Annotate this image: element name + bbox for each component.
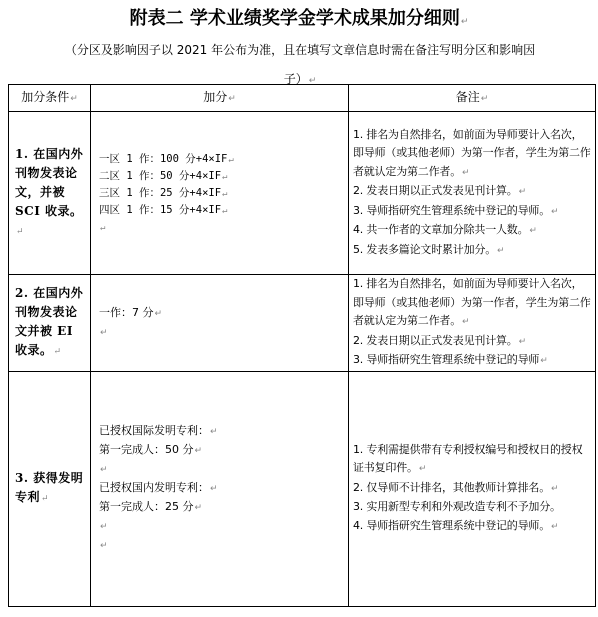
- paragraph-mark-icon: ↵: [41, 494, 49, 504]
- score-line: 第一完成人：50 分: [99, 443, 194, 456]
- bonus-rules-table: 加分条件↵ 加分↵ 备注↵ 1. 在国内外刊物发表论文，并被 SCI 收录。↵ …: [8, 84, 596, 607]
- table-header-row: 加分条件↵ 加分↵ 备注↵: [9, 85, 596, 112]
- note-line: 2. 发表日期以正式发表见刊计算。: [353, 184, 518, 197]
- score-line: 已授权国际发明专利：: [99, 424, 209, 437]
- paragraph-mark-icon: ↵: [54, 347, 62, 357]
- note-line: 5. 发表多篇论文时累计加分。: [353, 243, 496, 256]
- score-line: 已授权国内发明专利：: [99, 481, 209, 494]
- score-cell: 一区 1 作：100 分+4×IF↵ 二区 1 作：50 分+4×IF↵ 三区 …: [91, 112, 349, 275]
- score-line: 一区 1 作：100 分+4×IF: [99, 153, 227, 165]
- score-line: 二区 1 作：50 分+4×IF: [99, 170, 221, 182]
- notes-cell: 1. 专利需提供带有专利授权编号和授权日的授权证书复印件。↵ 2. 仅导师不计排…: [349, 371, 596, 606]
- header-condition: 加分条件↵: [9, 85, 91, 112]
- note-line: 3. 实用新型专利和外观改造专利不予加分。: [353, 500, 561, 513]
- header-score: 加分↵: [91, 85, 349, 112]
- note-line: 3. 导师指研究生管理系统中登记的导师: [353, 353, 539, 366]
- condition-cell: 2. 在国内外刊物发表论文并被 EI 收录。↵: [9, 275, 91, 372]
- table-row: 2. 在国内外刊物发表论文并被 EI 收录。↵ 一作：7 分↵ ↵ 1. 排名为…: [9, 275, 596, 372]
- score-line: 一作：7 分: [99, 306, 154, 319]
- score-line: 三区 1 作：25 分+4×IF: [99, 187, 221, 199]
- score-line: 第一完成人：25 分: [99, 500, 194, 513]
- note-line: 1. 排名为自然排名，如前面为导师要计入名次，即导师（或其他老师）为第一作者，学…: [353, 277, 591, 327]
- paragraph-mark-icon: ↵: [16, 227, 24, 237]
- note-line: 4. 共一作者的文章加分除共一人数。: [353, 223, 528, 236]
- score-cell: 一作：7 分↵ ↵: [91, 275, 349, 372]
- table-row: 1. 在国内外刊物发表论文，并被 SCI 收录。↵ 一区 1 作：100 分+4…: [9, 112, 596, 275]
- notes-cell: 1. 排名为自然排名，如前面为导师要计入名次，即导师（或其他老师）为第一作者，学…: [349, 112, 596, 275]
- score-cell: 已授权国际发明专利：↵ 第一完成人：50 分↵ ↵ 已授权国内发明专利：↵ 第一…: [91, 371, 349, 606]
- note-line: 3. 导师指研究生管理系统中登记的导师。: [353, 204, 550, 217]
- note-line: 2. 仅导师不计排名，其他教师计算排名。: [353, 481, 550, 494]
- paragraph-mark-icon: ↵: [481, 94, 489, 104]
- note-line: 1. 排名为自然排名，如前面为导师要计入名次，即导师（或其他老师）为第一作者，学…: [353, 128, 591, 178]
- paragraph-mark-icon: ↵: [461, 17, 469, 27]
- subtitle-line-1: （分区及影响因子以 2021 年公布为准，且在填写文章信息时需在备注写明分区和影…: [30, 36, 570, 65]
- table-row: 3. 获得发明专利↵ 已授权国际发明专利：↵ 第一完成人：50 分↵ ↵ 已授权…: [9, 371, 596, 606]
- notes-cell: 1. 排名为自然排名，如前面为导师要计入名次，即导师（或其他老师）为第一作者，学…: [349, 275, 596, 372]
- document-title-text: 附表二 学术业绩奖学金学术成果加分细则: [130, 8, 460, 29]
- condition-cell: 1. 在国内外刊物发表论文，并被 SCI 收录。↵: [9, 112, 91, 275]
- note-line: 4. 导师指研究生管理系统中登记的导师。: [353, 519, 550, 532]
- header-notes: 备注↵: [349, 85, 596, 112]
- score-line: 四区 1 作：15 分+4×IF: [99, 204, 221, 216]
- note-line: 1. 专利需提供带有专利授权编号和授权日的授权证书复印件。: [353, 443, 582, 475]
- document-title: 附表二 学术业绩奖学金学术成果加分细则↵: [0, 4, 598, 30]
- paragraph-mark-icon: ↵: [228, 94, 236, 104]
- condition-cell: 3. 获得发明专利↵: [9, 371, 91, 606]
- note-line: 2. 发表日期以正式发表见刊计算。: [353, 334, 518, 347]
- paragraph-mark-icon: ↵: [70, 94, 78, 104]
